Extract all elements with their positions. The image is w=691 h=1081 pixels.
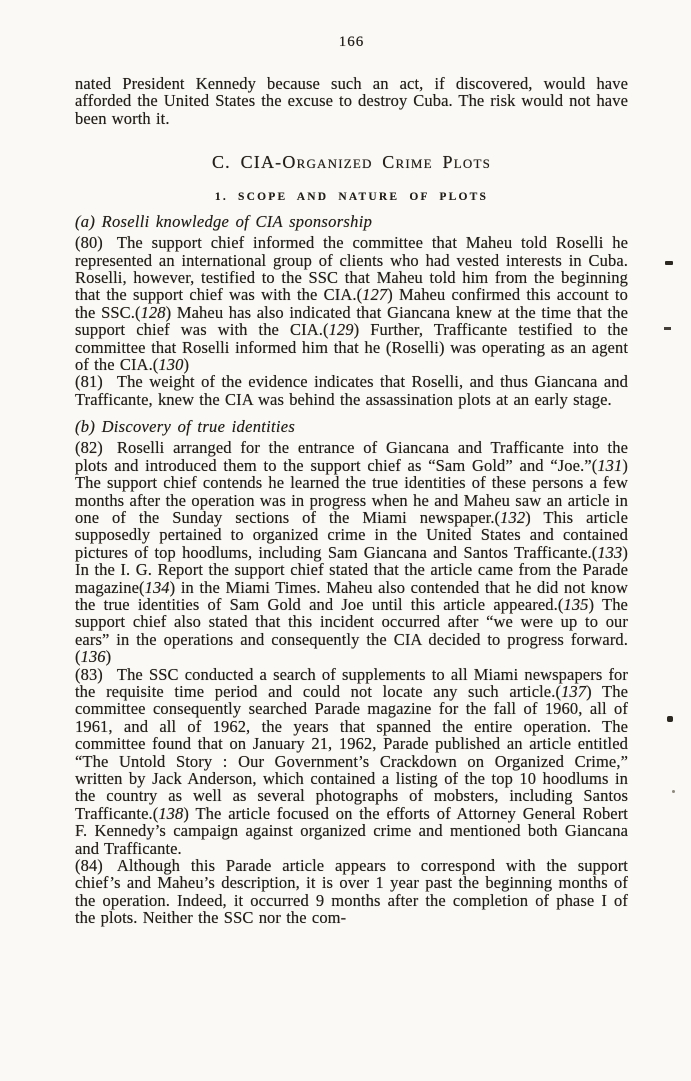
scan-artifact-mark: [664, 327, 671, 330]
paragraph-number: (81): [75, 372, 103, 391]
paragraph-number: (83): [75, 665, 103, 684]
subsection-heading: 1. SCOPE AND NATURE OF PLOTS: [75, 191, 628, 203]
page-number: 166: [75, 34, 628, 51]
paragraph-text: Although this Parade article appears to …: [75, 856, 628, 927]
scan-artifact-mark: [667, 716, 673, 722]
scan-artifact-mark: [672, 790, 675, 793]
page-content: 166 nated President Kennedy because such…: [75, 34, 628, 927]
subheading-a: (a) Roselli knowledge of CIA sponsorship: [75, 212, 628, 232]
paragraph-text: The support chief informed the committee…: [75, 233, 628, 374]
paragraph-number: (82): [75, 438, 103, 457]
paragraph-83: (83)The SSC conducted a search of supple…: [75, 666, 628, 857]
section-heading: C. CIA-Organized Crime Plots: [75, 152, 628, 173]
paragraph-text: Roselli arranged for the entrance of Gia…: [75, 438, 628, 666]
paragraph-80: (80)The support chief informed the commi…: [75, 234, 628, 373]
paragraph-number: (84): [75, 856, 103, 875]
paragraph-continuation: nated President Kennedy because such an …: [75, 75, 628, 127]
paragraph-84: (84)Although this Parade article appears…: [75, 857, 628, 927]
paragraph-82: (82)Roselli arranged for the entrance of…: [75, 439, 628, 665]
document-page: 166 nated President Kennedy because such…: [0, 0, 691, 1081]
paragraph-text: The SSC conducted a search of supplement…: [75, 665, 628, 858]
subheading-b: (b) Discovery of true identities: [75, 417, 628, 437]
paragraph-number: (80): [75, 233, 103, 252]
paragraph-text: The weight of the evidence indicates tha…: [75, 372, 628, 408]
paragraph-text: nated President Kennedy because such an …: [75, 74, 628, 128]
scan-artifact-mark: [665, 261, 673, 265]
paragraph-81: (81)The weight of the evidence indicates…: [75, 373, 628, 408]
